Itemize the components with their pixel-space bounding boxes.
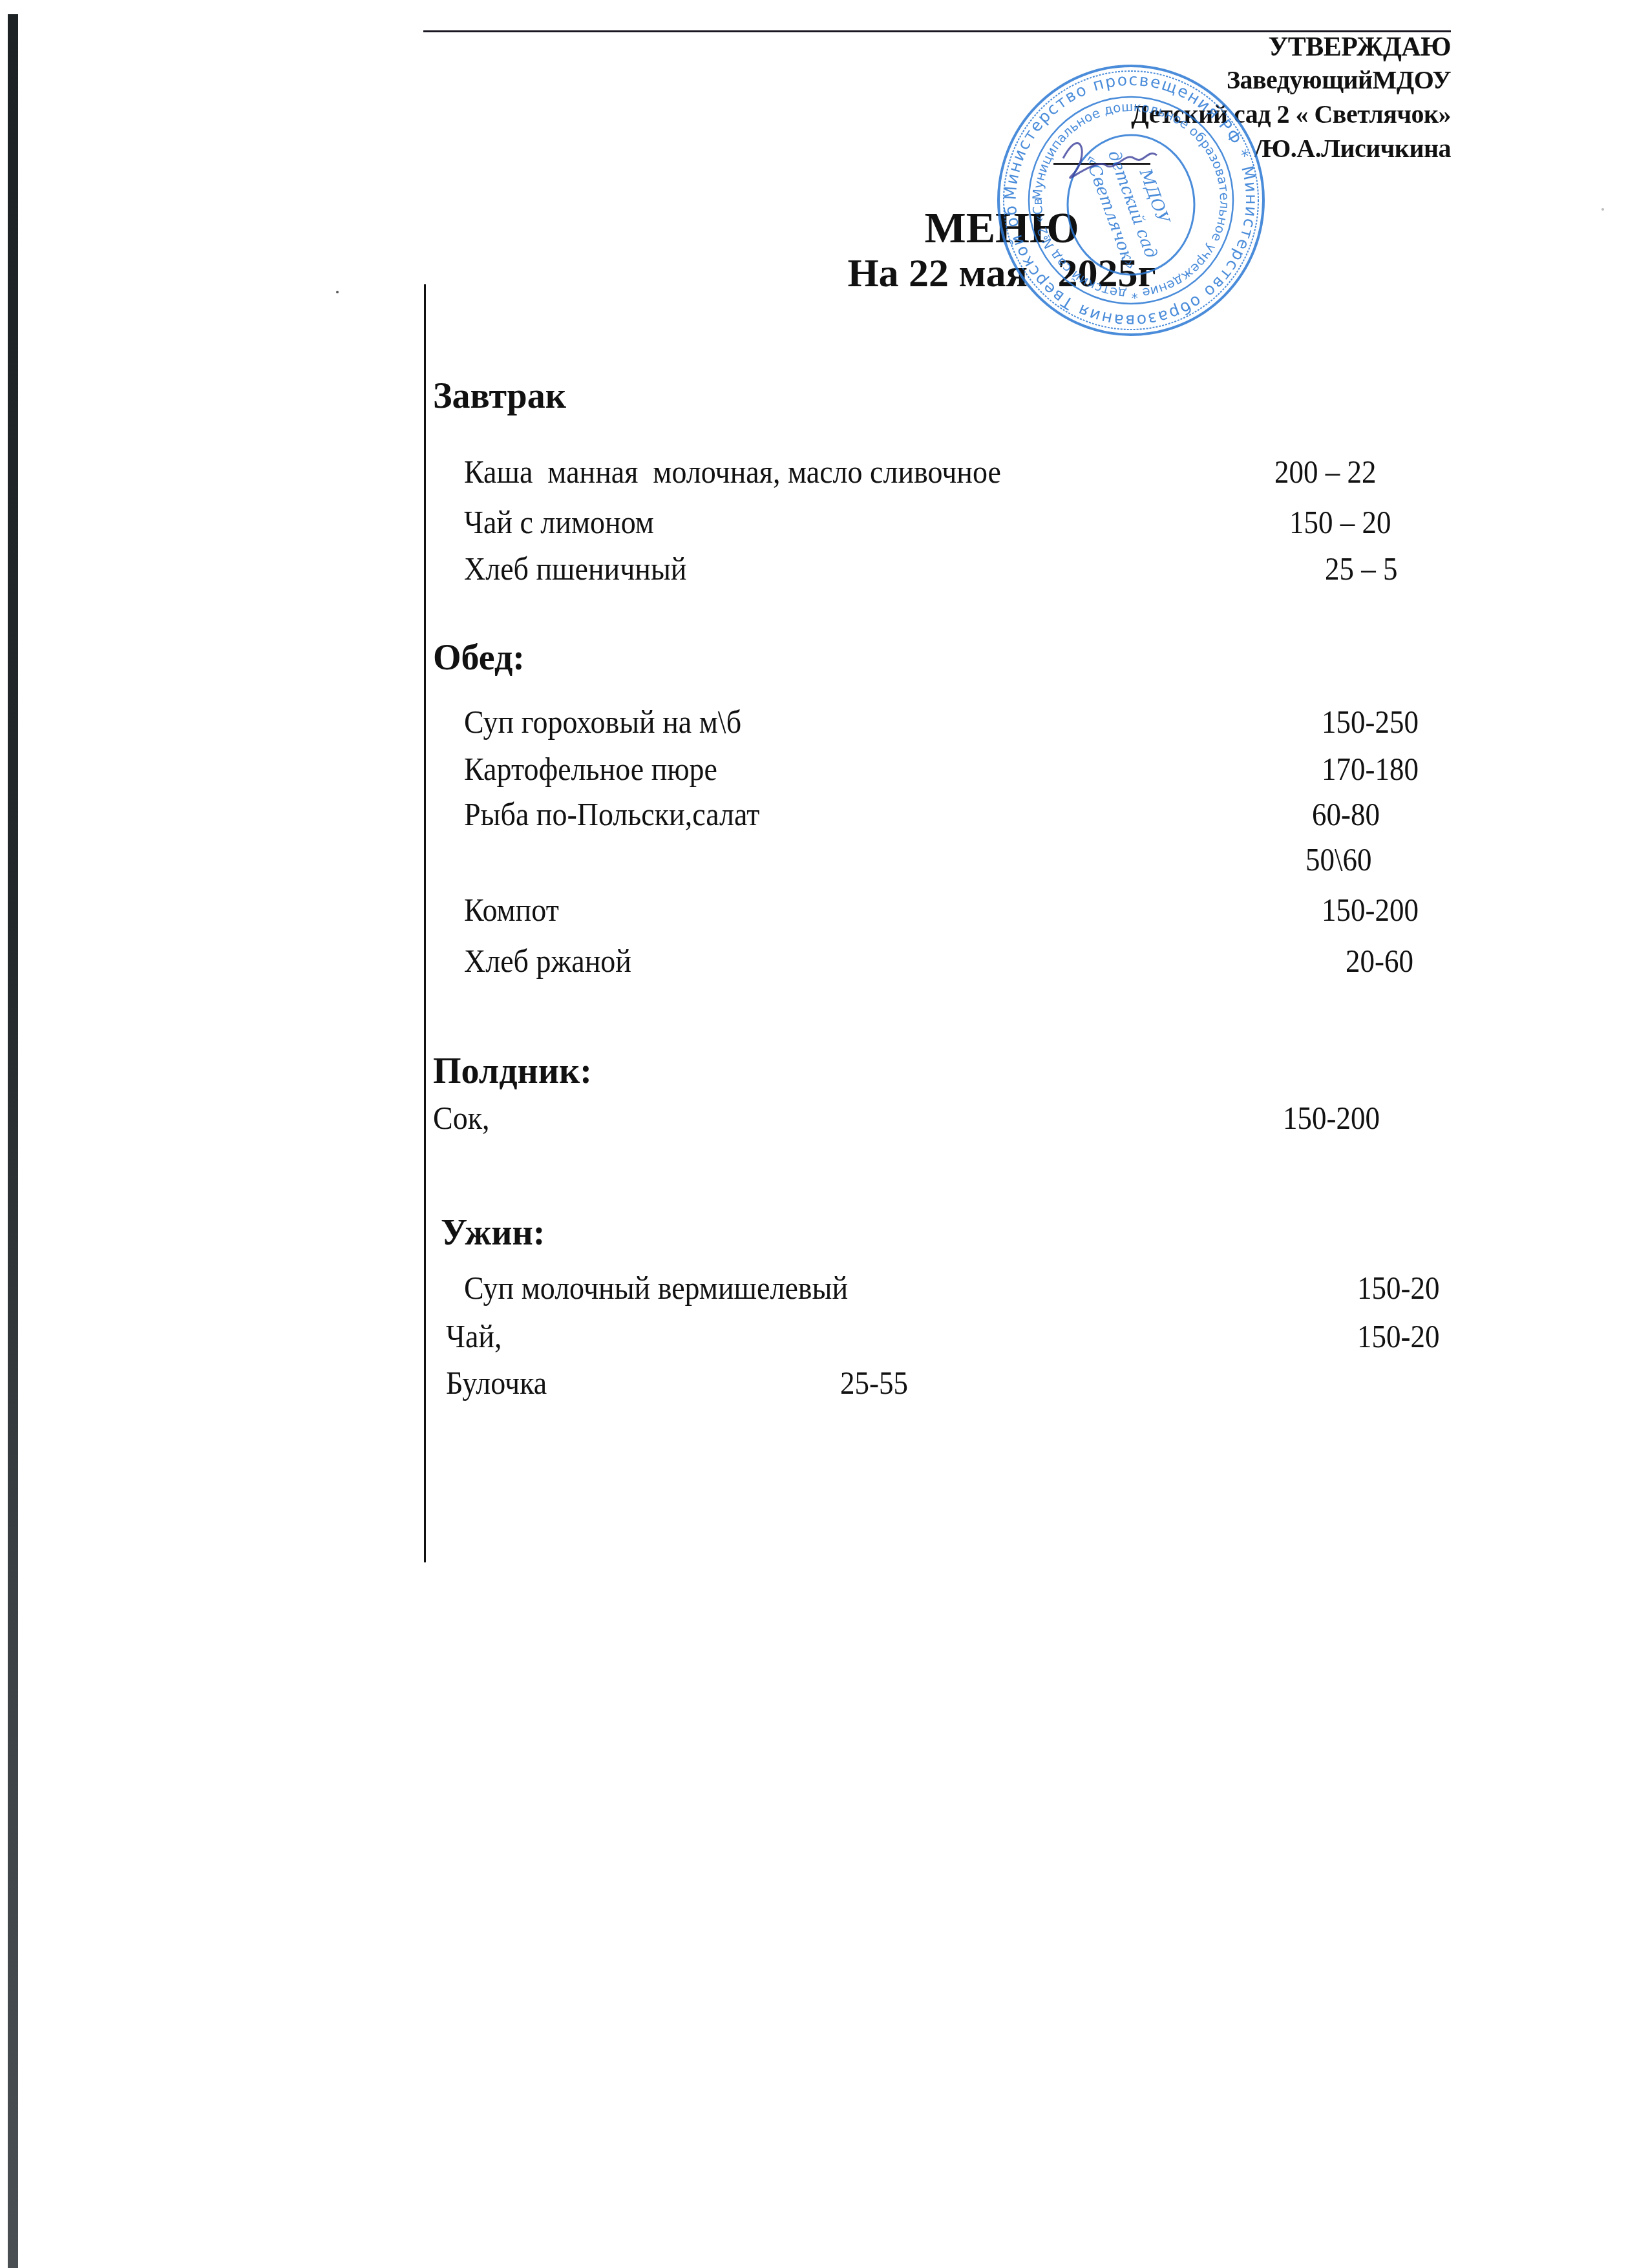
menu-item-portion: 25 – 5 bbox=[1325, 552, 1398, 585]
menu-item-portion: 150 – 20 bbox=[1289, 506, 1391, 538]
meal-heading: Обед: bbox=[433, 640, 525, 676]
menu-item-dish: Чай, bbox=[446, 1320, 502, 1352]
menu-item-dish: Хлеб пшеничный bbox=[464, 552, 686, 585]
menu-item-portion: 20-60 bbox=[1346, 945, 1413, 977]
menu-item-dish: Рыба по-Польски,салат bbox=[464, 798, 759, 830]
menu-item-dish: Хлеб ржаной bbox=[464, 945, 631, 977]
page-right-margin bbox=[1451, 26, 1648, 1577]
menu-item-portion: 170-180 bbox=[1322, 753, 1419, 785]
menu-item-portion: 60-80 bbox=[1312, 798, 1380, 830]
scan-speck bbox=[336, 291, 339, 293]
scan-speck bbox=[1601, 208, 1604, 211]
meal-heading: Ужин: bbox=[441, 1215, 545, 1251]
menu-item-dish: Сок, bbox=[433, 1102, 490, 1134]
approval-heading: УТВЕРЖДАЮ bbox=[1268, 34, 1451, 61]
menu-item-dish: Булочка bbox=[446, 1367, 547, 1399]
menu-item-portion: 50\60 bbox=[1305, 843, 1372, 876]
menu-item-dish: Чай с лимоном bbox=[464, 506, 654, 538]
official-stamp-icon: Министерство просвещения РФ * Министерст… bbox=[992, 61, 1270, 339]
menu-item-portion: 150-20 bbox=[1357, 1320, 1439, 1352]
menu-item-portion: 150-200 bbox=[1322, 894, 1419, 926]
approval-signatory: /Ю.А.Лисичкина bbox=[1255, 136, 1451, 162]
menu-item-dish: Картофельное пюре bbox=[464, 753, 717, 785]
meal-heading: Полдник: bbox=[433, 1053, 592, 1089]
meal-heading: Завтрак bbox=[433, 378, 566, 414]
margin-rule bbox=[424, 284, 426, 1562]
menu-item-dish: Каша манная молочная, масло сливочное bbox=[464, 456, 1001, 488]
menu-item-dish: Суп гороховый на м\б bbox=[464, 706, 741, 738]
menu-item-portion: 25-55 bbox=[840, 1367, 908, 1399]
menu-item-portion: 150-250 bbox=[1322, 706, 1419, 738]
menu-item-portion: 200 – 22 bbox=[1274, 456, 1377, 488]
menu-item-portion: 150-200 bbox=[1283, 1102, 1380, 1134]
menu-item-dish: Суп молочный вермишелевый bbox=[464, 1272, 848, 1304]
scan-border bbox=[8, 14, 18, 2268]
menu-item-portion: 150-20 bbox=[1357, 1272, 1439, 1304]
menu-item-dish: Компот bbox=[464, 894, 559, 926]
